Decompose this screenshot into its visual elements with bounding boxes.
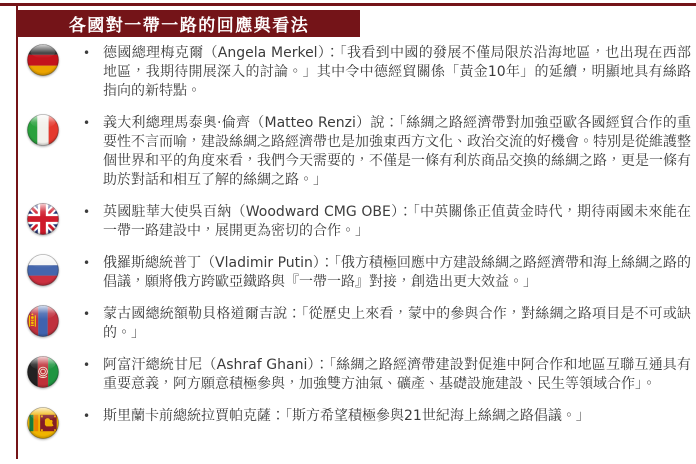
title-banner: 各國對一帶一路的回應與看法 <box>18 10 360 37</box>
flag-italy-icon <box>26 113 60 147</box>
quote-text: 英國駐華大使吳百納（Woodward CMG OBE）：「中英關係正值黃金時代，… <box>103 203 696 241</box>
list-item-italy: • 義大利總理馬泰奧·倫齊（Matteo Renzi）說：「絲綢之路經濟帶對加強… <box>0 114 696 190</box>
flag-russia-icon <box>26 253 60 287</box>
list-item-russia: • 俄羅斯總統普丁（Vladimir Putin）：「俄方積極回應中方建設絲綢之… <box>0 254 696 292</box>
flag-afghanistan-icon <box>26 355 60 389</box>
quote-text: 義大利總理馬泰奧·倫齊（Matteo Renzi）說：「絲綢之路經濟帶對加強亞歐… <box>103 114 696 190</box>
list-item-uk: • 英國駐華大使吳百納（Woodward CMG OBE）：「中英關係正值黃金時… <box>0 203 696 241</box>
bullet-marker: • <box>83 305 103 324</box>
quote-text: 德國總理梅克爾（Angela Merkel）：「我看到中國的發展不僅局限於沿海地… <box>103 44 696 101</box>
list-item-germany: • 德國總理梅克爾（Angela Merkel）：「我看到中國的發展不僅局限於沿… <box>0 44 696 101</box>
bullet-marker: • <box>83 44 103 63</box>
quote-text: 斯里蘭卡前總統拉賈帕克薩：「斯方希望積極參與21世紀海上絲綢之路倡議。」 <box>103 407 696 426</box>
flag-mongolia-icon <box>26 304 60 338</box>
quote-text: 俄羅斯總統普丁（Vladimir Putin）：「俄方積極回應中方建設絲綢之路經… <box>103 254 696 292</box>
quote-text: 阿富汗總統甘尼（Ashraf Ghani）：「絲綢之路經濟帶建設對促進中阿合作和… <box>103 356 696 394</box>
country-list: • 德國總理梅克爾（Angela Merkel）：「我看到中國的發展不僅局限於沿… <box>0 44 696 440</box>
flag-srilanka-icon <box>26 406 60 440</box>
flag-uk-icon <box>26 202 60 236</box>
bullet-marker: • <box>83 254 103 273</box>
bullet-marker: • <box>83 203 103 222</box>
bullet-marker: • <box>83 114 103 133</box>
page-title: 各國對一帶一路的回應與看法 <box>69 11 310 36</box>
bullet-marker: • <box>83 356 103 375</box>
quote-text: 蒙古國總統額勒貝格道爾吉說：「從歷史上來看，蒙中的參與合作，對絲綢之路項目是不可… <box>103 305 696 343</box>
list-item-srilanka: • 斯里蘭卡前總統拉賈帕克薩：「斯方希望積極參與21世紀海上絲綢之路倡議。」 <box>0 407 696 440</box>
list-item-mongolia: • 蒙古國總統額勒貝格道爾吉說：「從歷史上來看，蒙中的參與合作，對絲綢之路項目是… <box>0 305 696 343</box>
bullet-marker: • <box>83 407 103 426</box>
list-item-afghanistan: • 阿富汗總統甘尼（Ashraf Ghani）：「絲綢之路經濟帶建設對促進中阿合… <box>0 356 696 394</box>
flag-germany-icon <box>26 43 60 77</box>
top-rule <box>0 3 696 6</box>
